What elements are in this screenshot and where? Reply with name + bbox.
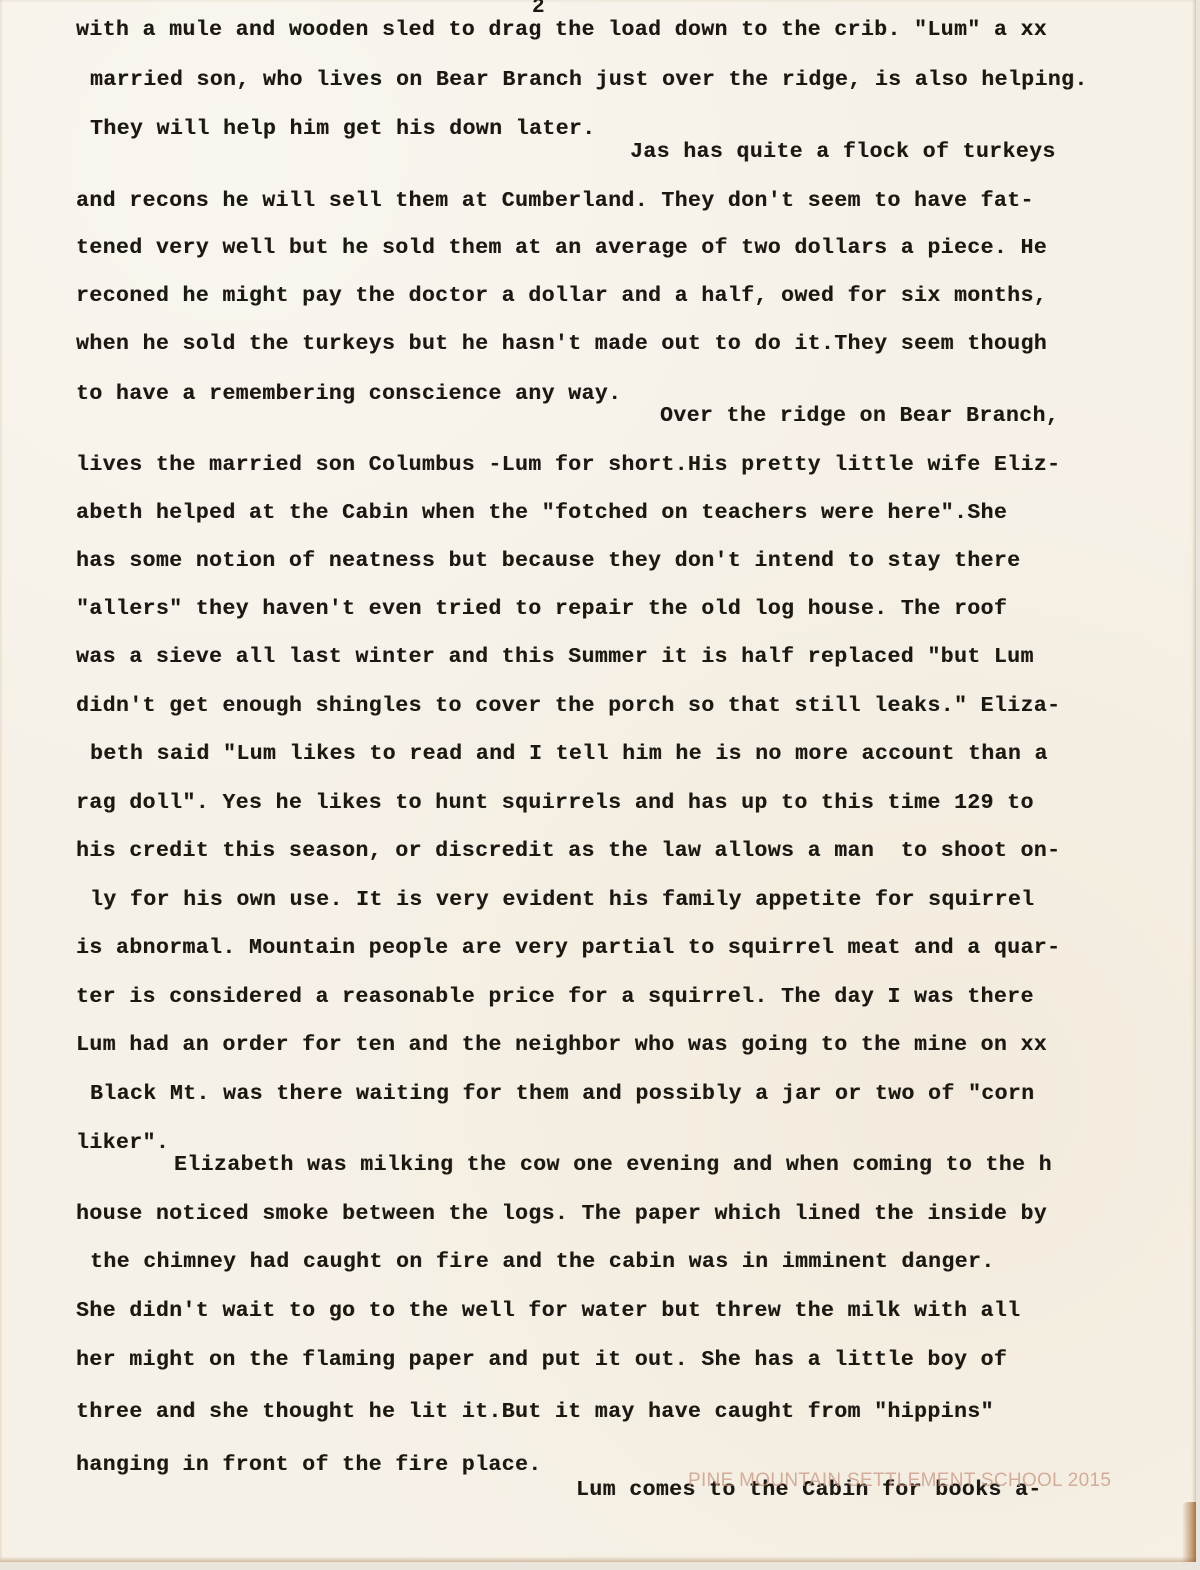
text-line: They will help him get his down later.	[90, 117, 595, 141]
text-line: Lum had an order for ten and the neighbo…	[76, 1033, 1047, 1057]
text-line: liker".	[76, 1131, 169, 1155]
text-line: with a mule and wooden sled to drag the …	[76, 18, 1047, 42]
text-line: ter is considered a reasonable price for…	[76, 985, 1034, 1009]
text-line: abeth helped at the Cabin when the "fotc…	[76, 501, 1007, 525]
text-line: ly for his own use. It is very evident h…	[90, 888, 1034, 912]
text-line: lives the married son Columbus -Lum for …	[76, 453, 1060, 477]
document-page: 2 with a mule and wooden sled to drag th…	[0, 0, 1196, 1562]
text-line: the chimney had caught on fire and the c…	[90, 1250, 995, 1274]
text-line: Over the ridge on Bear Branch,	[660, 404, 1059, 428]
text-line: She didn't wait to go to the well for wa…	[76, 1299, 1020, 1323]
text-line: Jas has quite a flock of turkeys	[630, 140, 1056, 164]
text-line: Elizabeth was milking the cow one evenin…	[174, 1153, 1052, 1177]
text-line: her might on the flaming paper and put i…	[76, 1348, 1007, 1372]
text-line: and recons he will sell them at Cumberla…	[76, 189, 1034, 213]
text-line: Black Mt. was there waiting for them and…	[90, 1082, 1034, 1106]
watermark: PINE MOUNTAIN SETTLEMENT SCHOOL 2015	[688, 1470, 1111, 1492]
text-line: has some notion of neatness but because …	[76, 549, 1020, 573]
text-line: married son, who lives on Bear Branch ju…	[90, 68, 1088, 92]
page-number: 2	[532, 0, 545, 19]
paper-edge-stain	[1182, 1502, 1196, 1562]
text-line: is abnormal. Mountain people are very pa…	[76, 936, 1060, 960]
text-line: was a sieve all last winter and this Sum…	[76, 645, 1034, 669]
text-line: house noticed smoke between the logs. Th…	[76, 1202, 1047, 1226]
text-line: to have a remembering conscience any way…	[76, 382, 621, 406]
text-line: when he sold the turkeys but he hasn't m…	[76, 332, 1047, 356]
text-line: tened very well but he sold them at an a…	[76, 236, 1047, 260]
text-line: didn't get enough shingles to cover the …	[76, 694, 1060, 718]
text-line: hanging in front of the fire place.	[76, 1453, 542, 1477]
text-line: three and she thought he lit it.But it m…	[76, 1400, 994, 1424]
text-line: rag doll". Yes he likes to hunt squirrel…	[76, 791, 1034, 815]
text-line: his credit this season, or discredit as …	[76, 839, 1060, 863]
text-line: beth said "Lum likes to read and I tell …	[90, 742, 1048, 766]
text-line: reconed he might pay the doctor a dollar…	[76, 284, 1047, 308]
text-line: "allers" they haven't even tried to repa…	[76, 597, 1007, 621]
